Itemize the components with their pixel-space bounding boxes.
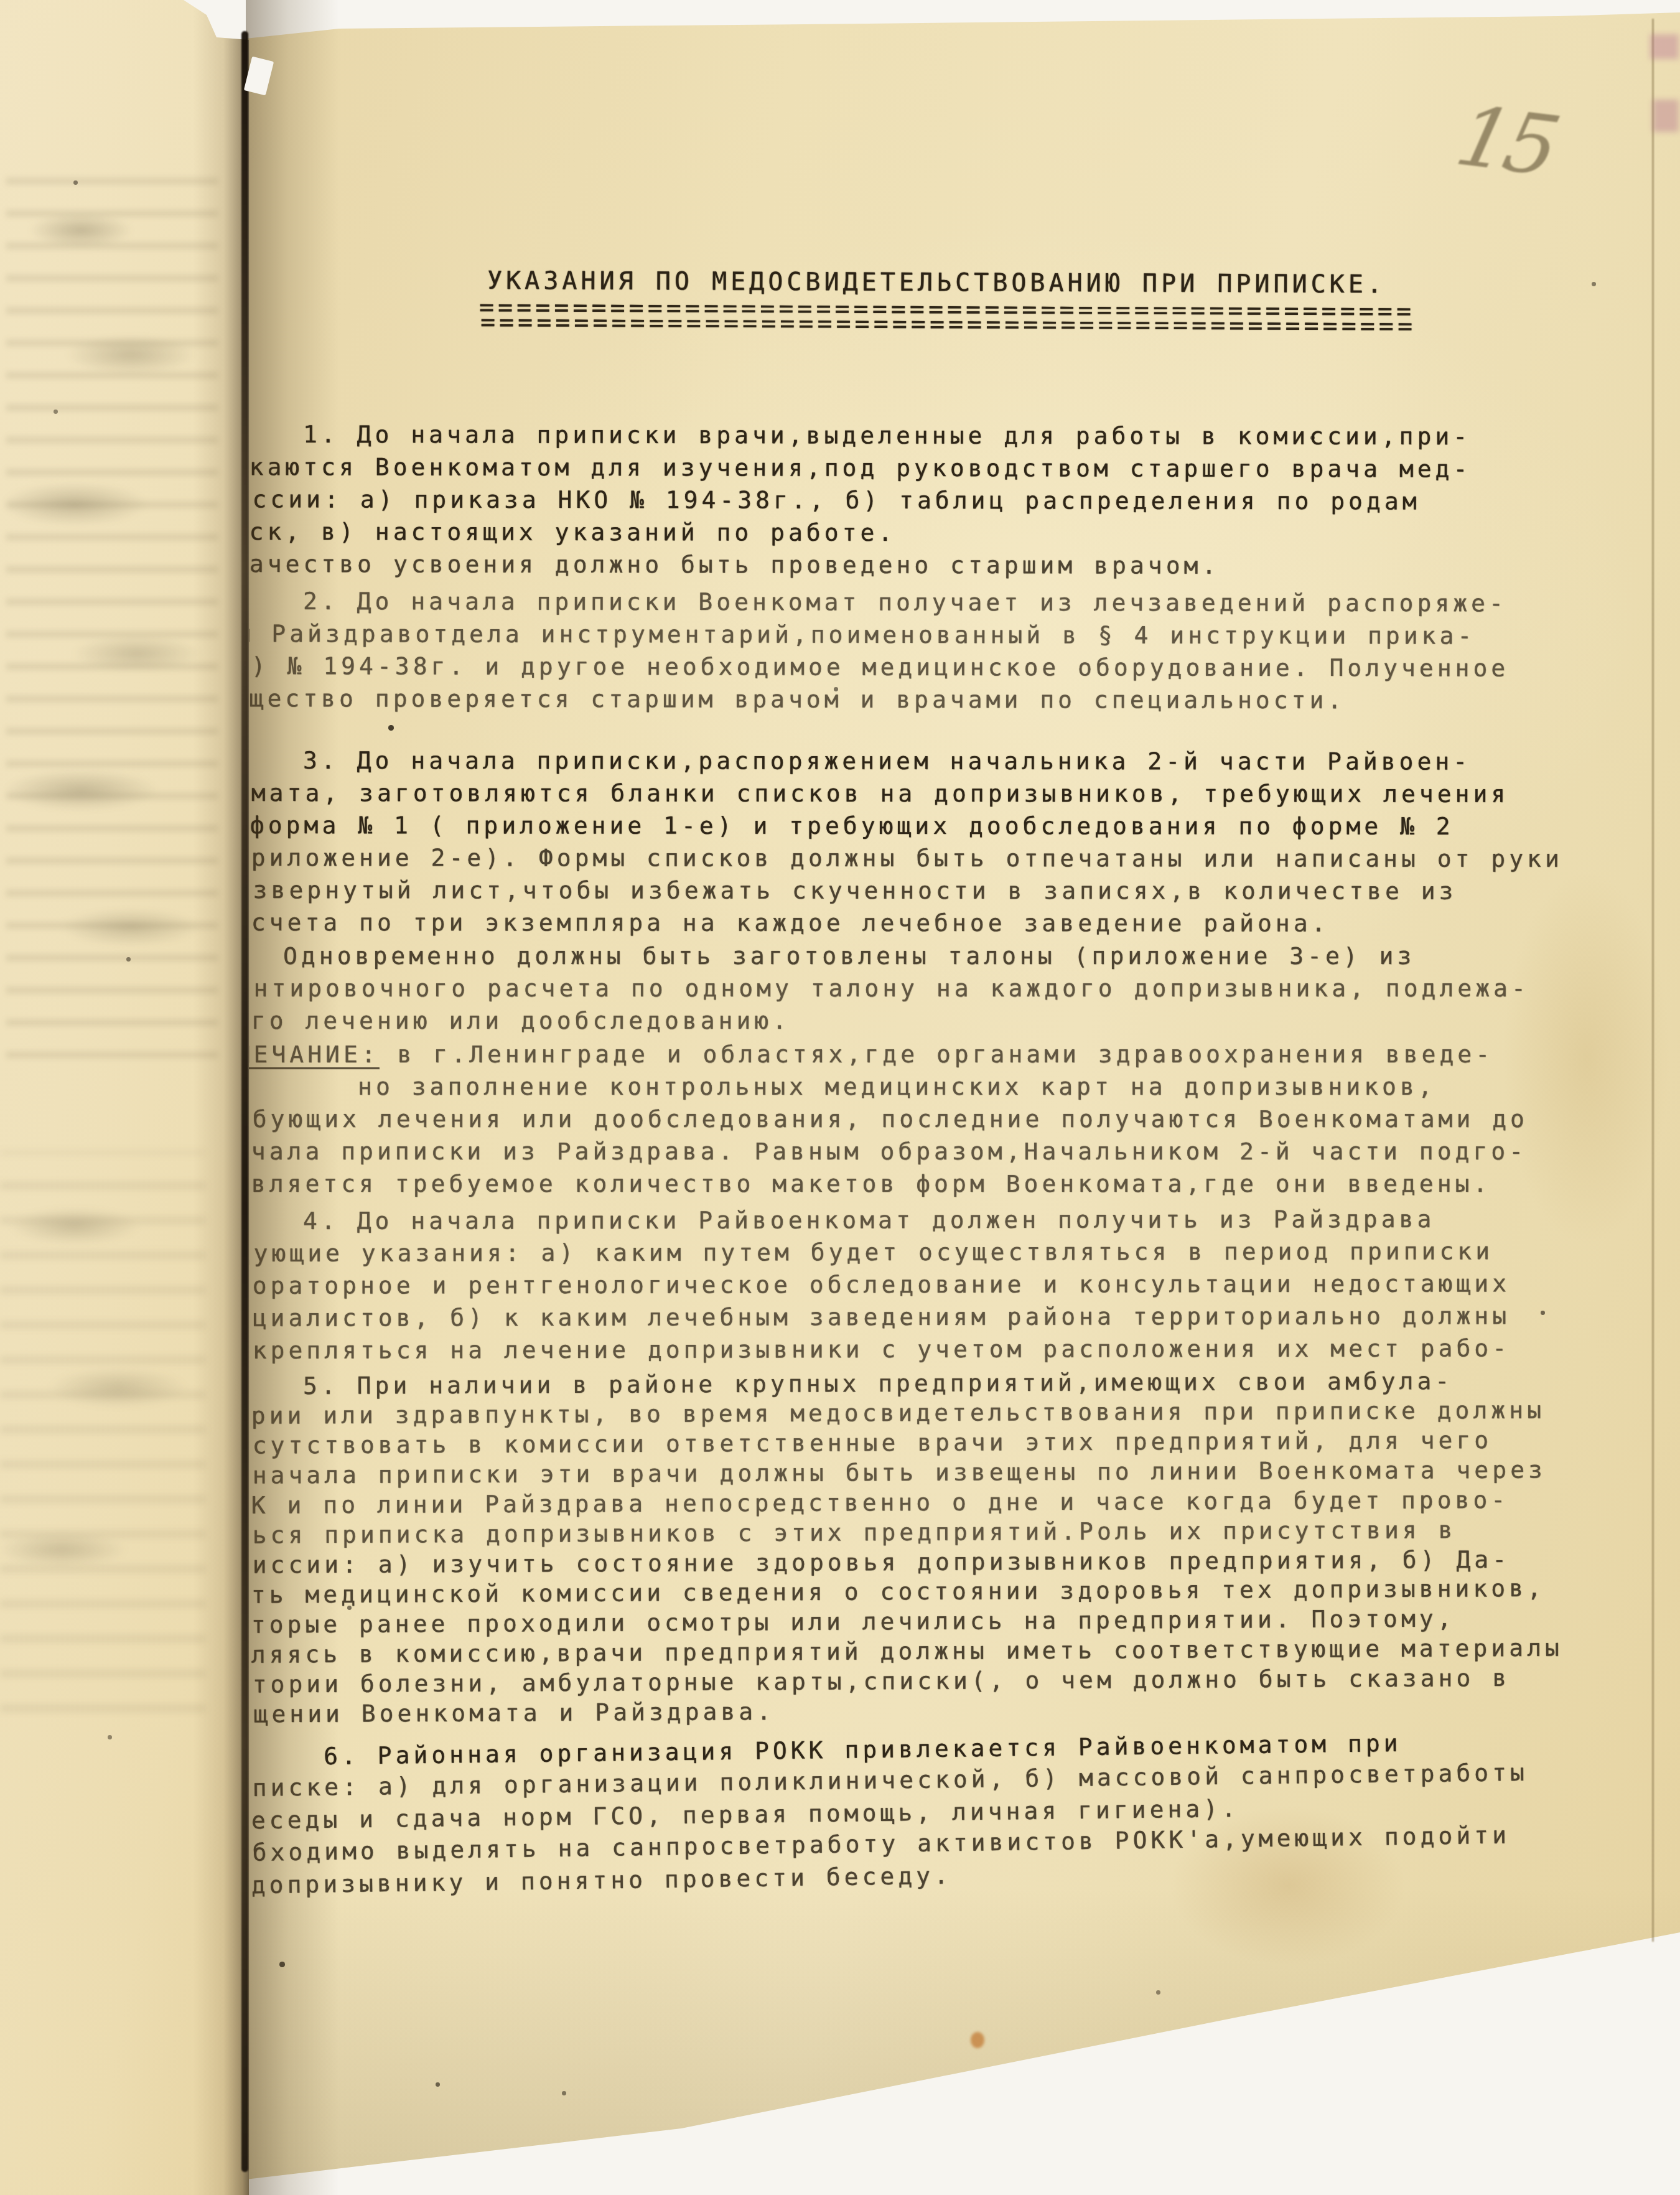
text-line: вать медицинской комиссии сведения о сос… [215, 1575, 1545, 1609]
text-line: прикрепляться на лечение допризывники с … [198, 1334, 1510, 1364]
text-line: тории или здравпункты, во время медосвид… [215, 1397, 1545, 1430]
document-scan: 15 УКАЗАНИЯ ПО МЕДОСВИДЕТЕЛЬСТВОВАНИЮ ПР… [0, 0, 1680, 2195]
title-underline: ========================================… [480, 315, 1416, 334]
text-line: лабораторное и рентгенологическое обслед… [198, 1270, 1510, 1299]
text-line: Качество усвоения должно быть проведено … [231, 550, 1220, 579]
text-line: 5. При наличии в районе крупных предприя… [303, 1367, 1453, 1400]
text-line: нием Райздравотдела инструментарий,поиме… [182, 620, 1475, 650]
text-line: расчета по три экземпляра на каждое лече… [215, 909, 1329, 937]
text-line: начала приписки из Райздрава. Равным обр… [215, 1138, 1527, 1165]
text-line: до начала приписки эти врачи должны быть… [198, 1456, 1546, 1489]
binding-gutter [241, 31, 248, 2172]
text-line: специалистов, б) к каким лечебным заведе… [198, 1302, 1510, 1332]
previous-page-edge [0, 0, 249, 2195]
text-line: ПРИМЕЧАНИЕ: в г.Ленинграде и областях,гд… [182, 1041, 1493, 1068]
text-line: (форма № 1 ( приложение 1-е) и требующих… [232, 812, 1454, 840]
text-line: имущество проверяется старшим врачом и в… [195, 685, 1345, 714]
text-line: за) № 194-38г. и другое необходимое меди… [215, 652, 1509, 682]
text-line: следующие указания: а) каким путем будет… [182, 1237, 1493, 1267]
text-line: являясь в комиссию,врачи предприятий дол… [215, 1634, 1563, 1668]
text-line: 3. До начала приписки,распоряжением нача… [303, 747, 1471, 775]
text-line: (истории болезни, амбулаторные карты,спи… [198, 1664, 1510, 1698]
text-line: 2. До начала приписки Военкомат получает… [303, 587, 1507, 617]
text-line: 4. До начала приписки Райвоенкомат долже… [303, 1205, 1435, 1235]
text-line: извещении Военкомата и Райздрава. [182, 1698, 775, 1728]
text-line: товляется требуемое количество макетов ф… [215, 1170, 1491, 1197]
paper-specks [0, 0, 2, 2]
text-line: ориентировочного расчета по одному талон… [182, 975, 1529, 1002]
text-line: 1. До начала приписки врачи,выделенные д… [303, 421, 1471, 450]
bleed-through-text [0, 1151, 205, 1711]
text-line: к допризывнику и понятно провести беседу… [215, 1861, 952, 1899]
text-line: комиссии: а) изучить состояние здоровья … [198, 1546, 1510, 1579]
text-line: диться приписка допризывников с этих пре… [198, 1516, 1457, 1549]
text-line: которые ранее проходили осмотры или лечи… [215, 1605, 1455, 1639]
text-line: (приложение 2-е). Формы списков должны б… [215, 844, 1563, 873]
text-line: присутствовать в комиссии ответственные … [198, 1426, 1492, 1459]
text-line: влекаются Военкоматом для изучения,под р… [195, 453, 1471, 483]
text-line: требующих лечения или дообследования, по… [198, 1105, 1528, 1133]
text-line: Одновременно должны быть заготовлены тал… [283, 942, 1415, 970]
text-line: но заполнение контрольных медицинских ка… [358, 1073, 1436, 1100]
text-line: комата, заготовляются бланки списков на … [215, 779, 1509, 808]
text-line: ЗПК и по линии Райздрава непосредственно… [215, 1486, 1509, 1519]
typewritten-text: УКАЗАНИЯ ПО МЕДОСВИДЕТЕЛЬСТВОВАНИЮ ПРИ П… [0, 0, 1680, 2195]
text-line: (развернутый лист,чтобы избежать скученн… [199, 876, 1457, 905]
page-edge-shade [193, 0, 249, 2195]
bleed-through-text [6, 156, 218, 1058]
note-text: в г.Ленинграде и областях,где органами з… [380, 1041, 1493, 1068]
text-line: щего лечению или дообследованию. [215, 1007, 790, 1034]
text-line: войск, в) настоящих указаний по работе. [195, 518, 896, 546]
text-line: комиссии: а) приказа НКО № 194-38г., б) … [180, 485, 1421, 515]
